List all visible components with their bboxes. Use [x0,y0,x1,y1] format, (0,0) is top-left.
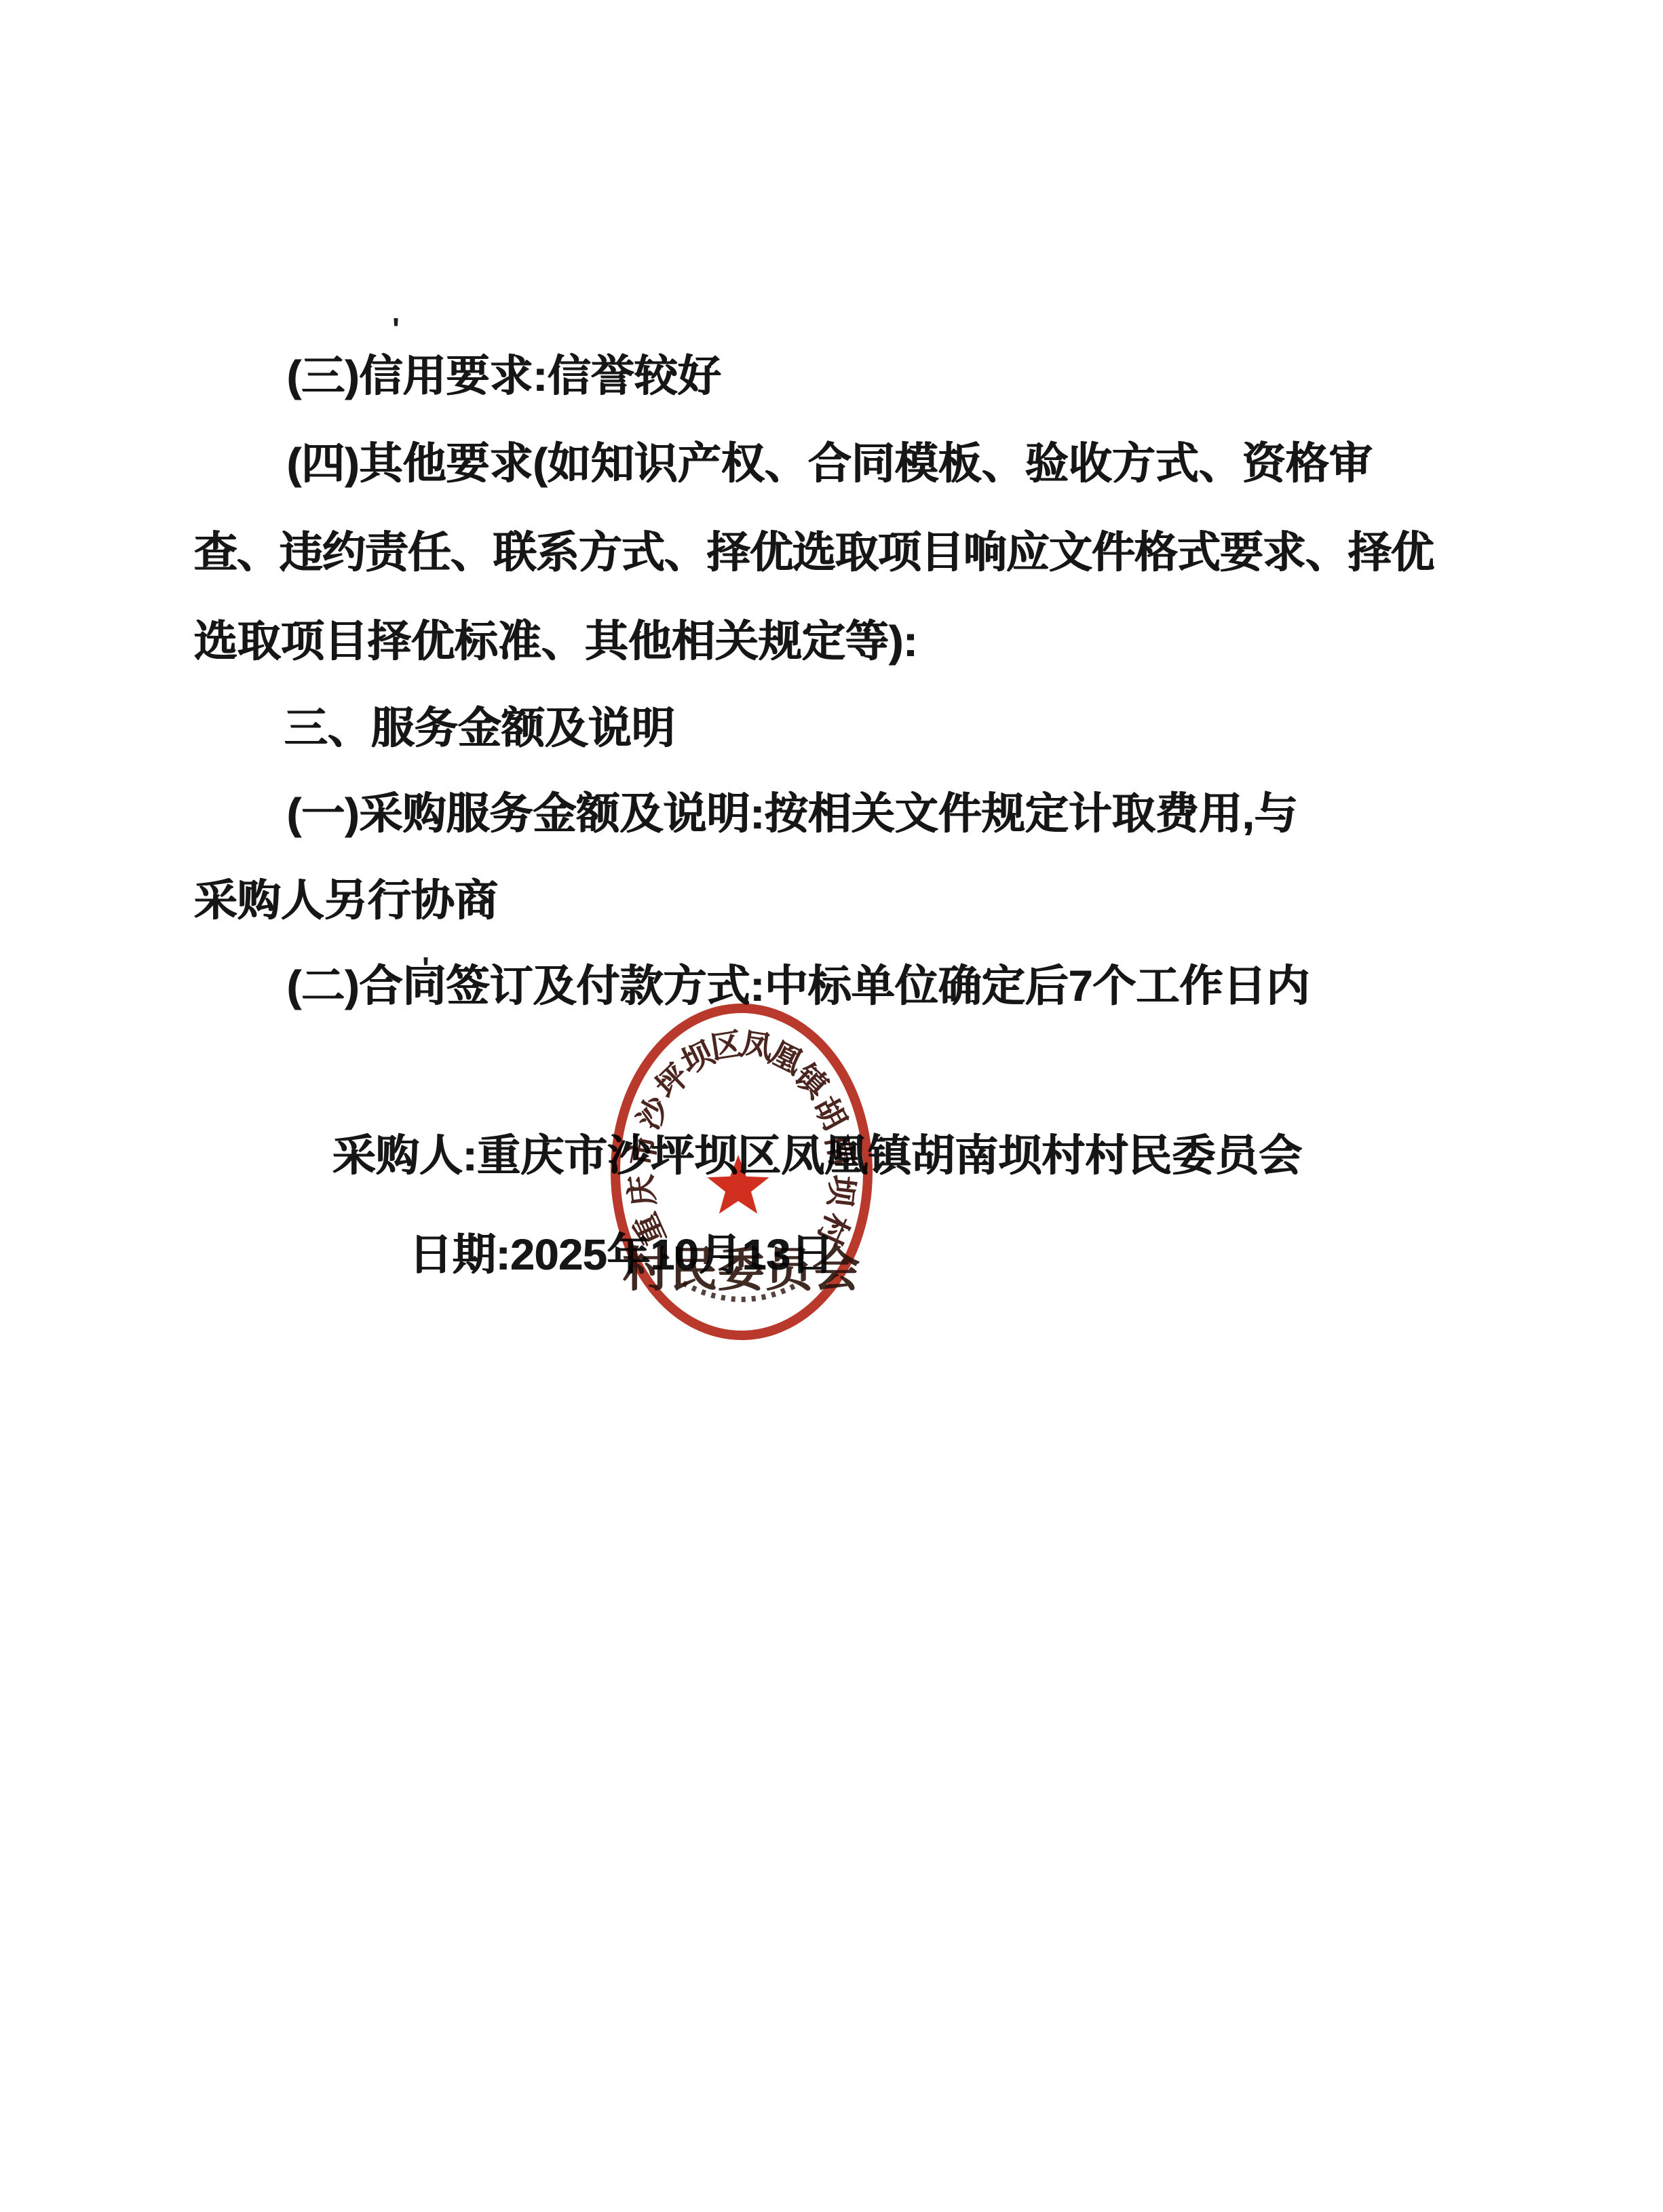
seal-arc-char: 镇 [786,1052,839,1106]
seal-arc-char: 区 [707,1019,745,1068]
date-line: 日期:2025年10月13日 [409,1232,834,1278]
seal-arc-char: 坪 [644,1052,697,1106]
clause-contract-payment: (二)合同签订及付款方式:中标单位确定后7个工作日内 [287,964,1310,1009]
seal-arc-char: 凤 [738,1019,776,1068]
seal-arc-char: 胡 [805,1088,859,1137]
clause-other-requirements-line1: (四)其他要求(如知识产权、合同模板、验收方式、资格审 [287,441,1373,487]
stray-ink-mark: ' [392,311,400,347]
seal-arc-char: 凰 [763,1029,811,1084]
document-page: ' (三)信用要求:信誉较好 (四)其他要求(如知识产权、合同模板、验收方式、资… [0,0,1663,2212]
clause-service-amount-line1: (一)采购服务金额及说明:按相关文件规定计取费用,与 [287,791,1298,837]
seal-arc-char: 坝 [672,1029,720,1084]
clause-other-requirements-line2: 查、违约责任、联系方式、择优选取项目响应文件格式要求、择优 [194,530,1434,575]
clause-other-requirements-line3: 选取项目择优标准、其他相关规定等): [194,619,918,664]
purchaser-signature-line: 采购人:重庆市沙坪坝区凤凰镇胡南坝村村民委员会 [332,1133,1302,1179]
seal-serial-dashes [683,1283,800,1299]
clause-credit-requirement: (三)信用要求:信誉较好 [287,354,721,399]
clause-service-amount-line2: 采购人另行协商 [194,878,498,923]
seal-arc-char: 沙 [624,1088,678,1137]
section-heading-service-amount: 三、服务金额及说明 [284,706,675,751]
